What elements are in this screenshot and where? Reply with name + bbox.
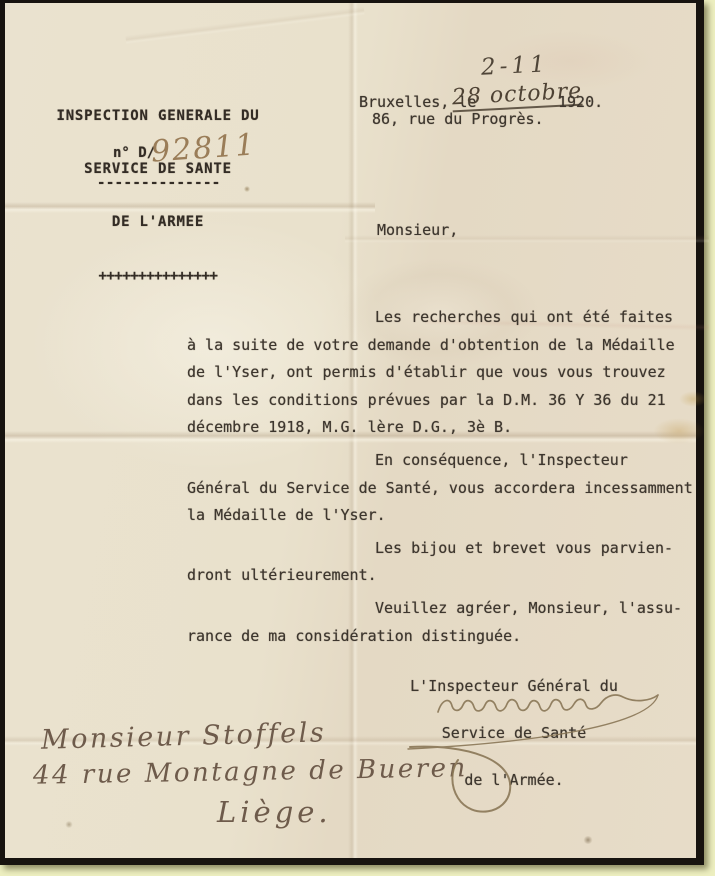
body-line: Les recherches qui ont été faites	[375, 304, 702, 332]
body-line: En conséquence, l'Inspecteur	[375, 447, 702, 475]
year: 1920.	[558, 93, 603, 111]
recipient-name: Monsieur Stoffels	[41, 717, 327, 755]
body-line: de l'Yser, ont permis d'établir que vous…	[187, 359, 702, 387]
letterhead-line: INSPECTION GENERALE DU	[55, 108, 261, 126]
recipient-city: Liège.	[217, 795, 332, 829]
body-line: décembre 1918, M.G. lère D.G., 3è B.	[187, 414, 702, 442]
letter-screenshot: { "letterhead": { "line1": "INSPECTION G…	[0, 0, 715, 876]
paper-stain	[65, 821, 73, 828]
handwritten-annotation: 2-11	[480, 51, 549, 81]
signature-block-line: L'Inspecteur Général du	[389, 679, 639, 695]
body-line: Général du Service de Santé, vous accord…	[187, 475, 702, 503]
letterhead-line: DE L'ARMEE	[55, 214, 261, 232]
scanned-letter: INSPECTION GENERALE DU SERVICE DE SANTE …	[0, 0, 704, 865]
paper-stain	[583, 836, 593, 844]
body-line: Veuillez agréer, Monsieur, l'assu-	[375, 595, 702, 623]
letterhead-dash-divider: --------------	[97, 175, 221, 191]
body-line: à la suite de votre demande d'obtention …	[187, 332, 702, 360]
body-line: rance de ma considération distinguée.	[187, 623, 702, 651]
sender-address: 86, rue du Progrès.	[372, 110, 544, 128]
signature-block-line: Service de Santé	[389, 726, 639, 742]
paper-wrinkle	[125, 6, 364, 44]
body-line: la Médaille de l'Yser.	[187, 502, 702, 530]
letterhead-divider: +++++++++++++++	[55, 268, 261, 286]
body-line: Les bijou et brevet vous parvien-	[375, 535, 702, 563]
body-text: Les recherches qui ont été faitesà la su…	[187, 304, 702, 650]
signature-block: L'Inspecteur Général du Service de Santé…	[389, 648, 639, 820]
letterhead: INSPECTION GENERALE DU SERVICE DE SANTE …	[55, 72, 261, 321]
reference-number-handwritten: 92811	[150, 127, 258, 169]
salutation: Monsieur,	[377, 221, 458, 239]
reference-label: n° D/	[113, 145, 155, 161]
body-line: dans les conditions prévues par la D.M. …	[187, 387, 702, 415]
body-line: dront ultérieurement.	[187, 562, 702, 590]
